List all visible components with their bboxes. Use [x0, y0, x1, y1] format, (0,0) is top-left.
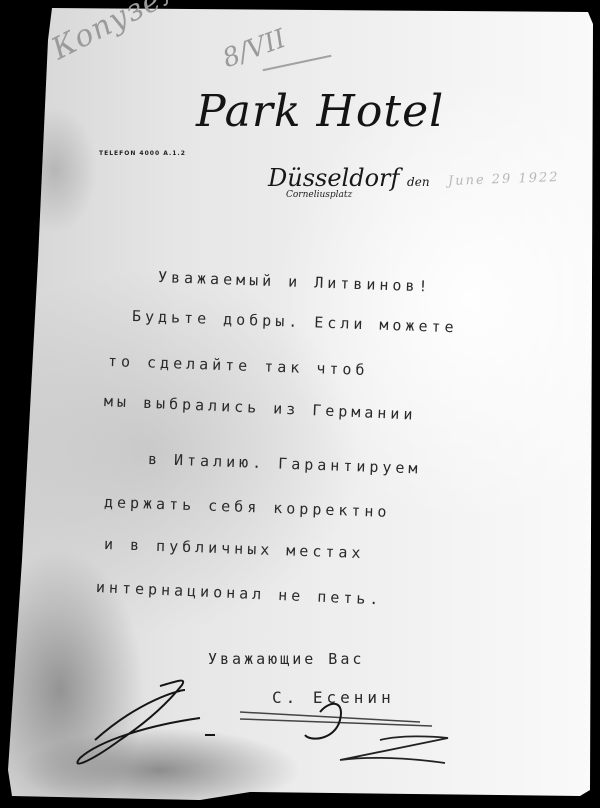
letterhead-telefon: TELEFON 4000 A.1.2 — [99, 150, 186, 157]
letter-closing: Уважающие Вас — [208, 650, 364, 668]
letterhead-city: Düsseldorf den — [268, 164, 430, 192]
letterhead-street: Corneliusplatz — [286, 190, 352, 200]
letterhead-hotel-name: Park Hotel — [196, 86, 444, 137]
city-suffix: den — [407, 175, 430, 189]
city-name: Düsseldorf — [268, 164, 399, 192]
author-signature: С. Есенин — [272, 688, 395, 707]
